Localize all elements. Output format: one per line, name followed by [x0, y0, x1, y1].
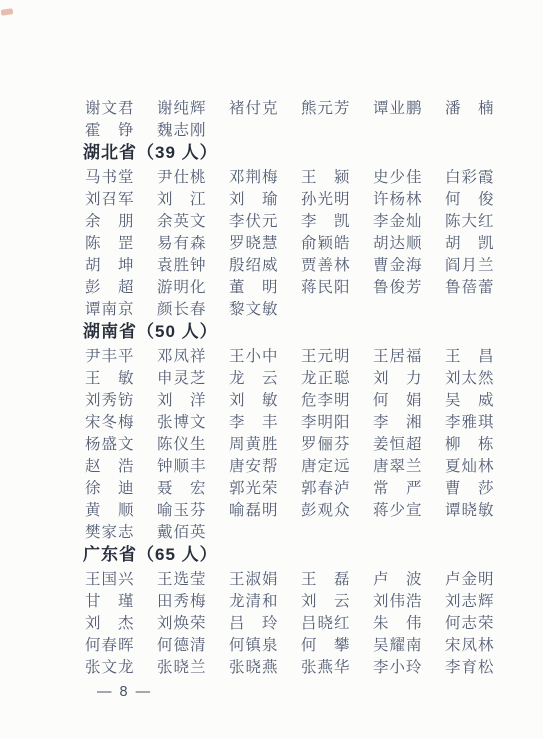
- person-name: 邓荆梅: [229, 165, 279, 187]
- name-row: 王 敏申灵芝龙 云龙正聪刘 力刘太然: [85, 366, 515, 388]
- name-row: 余 朋余英文李伏元李 凯李金灿陈大红: [85, 209, 515, 231]
- person-name: 赵 浩: [85, 454, 135, 476]
- person-name: 李伏元: [229, 209, 279, 231]
- name-row: 赵 浩钟顺丰唐安帮唐定远唐翠兰夏灿林: [85, 454, 515, 476]
- person-name: 王 昌: [445, 344, 495, 366]
- person-name: 吕晓红: [301, 611, 351, 633]
- person-name: 尹仕桃: [157, 165, 207, 187]
- person-name: 宋冬梅: [85, 410, 135, 432]
- person-name: 何 攀: [301, 633, 351, 655]
- person-name: 郭春泸: [301, 476, 351, 498]
- person-name: 喻磊明: [229, 498, 279, 520]
- person-name: 何 俊: [445, 187, 495, 209]
- person-name: 胡 凯: [445, 231, 495, 253]
- person-name: 陈仪生: [157, 432, 207, 454]
- person-name: 龙正聪: [301, 366, 351, 388]
- person-name: 曹金海: [373, 253, 423, 275]
- person-name: 李雅琪: [445, 410, 495, 432]
- person-name: 郭光荣: [229, 476, 279, 498]
- person-name: 王 颍: [301, 165, 351, 187]
- person-name: 黄 顺: [85, 498, 135, 520]
- person-name: 阎月兰: [445, 253, 495, 275]
- name-row: 谢文君谢纯辉褚付克熊元芳谭业鹏潘 楠: [85, 96, 515, 118]
- person-name: 王国兴: [85, 567, 135, 589]
- person-name: 尹丰平: [85, 344, 135, 366]
- name-row: 宋冬梅张博文李 丰李明阳李 湘李雅琪: [85, 410, 515, 432]
- person-name: 潘 楠: [445, 96, 495, 118]
- person-name: 鲁俊芳: [373, 275, 423, 297]
- person-name: 余 朋: [85, 209, 135, 231]
- name-row: 黄 顺喻玉芬喻磊明彭观众蒋少宣谭晓敏: [85, 498, 515, 520]
- person-name: 刘伟浩: [373, 589, 423, 611]
- name-row: 彭 超游明化董 明蒋民阳鲁俊芳鲁蓓蕾: [85, 275, 515, 297]
- person-name: 魏志刚: [157, 118, 207, 140]
- person-name: 刘 瑜: [229, 187, 279, 209]
- person-name: 彭 超: [85, 275, 135, 297]
- section-header: 湖南省（50 人）: [83, 319, 515, 344]
- person-name: 樊家志: [85, 520, 135, 542]
- name-row: 陈 罡易有森罗晓慧俞颖皓胡达顺胡 凯: [85, 231, 515, 253]
- person-name: 杨盛文: [85, 432, 135, 454]
- person-name: 胡达顺: [373, 231, 423, 253]
- person-name: 刘秀钫: [85, 388, 135, 410]
- person-name: 谢纯辉: [157, 96, 207, 118]
- person-name: 谢文君: [85, 96, 135, 118]
- person-name: 宋凤林: [445, 633, 495, 655]
- section-header: 广东省（65 人）: [83, 542, 515, 567]
- name-row: 马书堂尹仕桃邓荆梅王 颍史少佳白彩霞: [85, 165, 515, 187]
- person-name: 谭晓敏: [445, 498, 495, 520]
- person-name: 柳 栋: [445, 432, 495, 454]
- person-name: 聂 宏: [157, 476, 207, 498]
- person-name: 何镇泉: [229, 633, 279, 655]
- person-name: 颜长春: [157, 297, 207, 319]
- person-name: 熊元芳: [301, 96, 351, 118]
- red-scan-mark: [1, 8, 14, 16]
- person-name: 王元明: [301, 344, 351, 366]
- person-name: 刘 江: [157, 187, 207, 209]
- person-name: 常 严: [373, 476, 423, 498]
- name-row: 刘召军刘 江刘 瑜孙光明许杨林何 俊: [85, 187, 515, 209]
- person-name: 钟顺丰: [157, 454, 207, 476]
- person-name: 邓凤祥: [157, 344, 207, 366]
- person-name: 李 湘: [373, 410, 423, 432]
- person-name: 徐 迪: [85, 476, 135, 498]
- person-name: 刘 杰: [85, 611, 135, 633]
- person-name: 刘 云: [301, 589, 351, 611]
- name-row: 樊家志戴佰英: [85, 520, 515, 542]
- person-name: 何德清: [157, 633, 207, 655]
- name-row: 刘 杰刘焕荣吕 玲吕晓红朱 伟何志荣: [85, 611, 515, 633]
- person-name: 王选莹: [157, 567, 207, 589]
- person-name: 刘 敏: [229, 388, 279, 410]
- name-row: 刘秀钫刘 洋刘 敏危李明何 娟吴 威: [85, 388, 515, 410]
- person-name: 游明化: [157, 275, 207, 297]
- name-row: 尹丰平邓凤祥王小中王元明王居福王 昌: [85, 344, 515, 366]
- person-name: 吴 威: [445, 388, 495, 410]
- person-name: 谭业鹏: [373, 96, 423, 118]
- person-name: 李 凯: [301, 209, 351, 231]
- scanned-document-page: 谢文君谢纯辉褚付克熊元芳谭业鹏潘 楠霍 铮魏志刚湖北省（39 人）马书堂尹仕桃邓…: [0, 0, 543, 739]
- person-name: 王小中: [229, 344, 279, 366]
- person-name: 俞颖皓: [301, 231, 351, 253]
- person-name: 谭南京: [85, 297, 135, 319]
- person-name: 鲁蓓蕾: [445, 275, 495, 297]
- person-name: 张文龙: [85, 655, 135, 677]
- person-name: 刘志辉: [445, 589, 495, 611]
- person-name: 何 娟: [373, 388, 423, 410]
- person-name: 龙 云: [229, 366, 279, 388]
- person-name: 白彩霞: [445, 165, 495, 187]
- person-name: 董 明: [229, 275, 279, 297]
- person-name: 朱 伟: [373, 611, 423, 633]
- name-row: 霍 铮魏志刚: [85, 118, 515, 140]
- person-name: 吕 玲: [229, 611, 279, 633]
- person-name: 曹 莎: [445, 476, 495, 498]
- person-name: 唐翠兰: [373, 454, 423, 476]
- person-name: 陈大红: [445, 209, 495, 231]
- person-name: 褚付克: [229, 96, 279, 118]
- person-name: 易有森: [157, 231, 207, 253]
- person-name: 唐安帮: [229, 454, 279, 476]
- person-name: 李育松: [445, 655, 495, 677]
- person-name: 危李明: [301, 388, 351, 410]
- name-row: 杨盛文陈仪生周黄胜罗俪芬姜恒超柳 栋: [85, 432, 515, 454]
- name-row: 谭南京颜长春黎文敏: [85, 297, 515, 319]
- name-row: 何春晖何德清何镇泉何 攀吴耀南宋凤林: [85, 633, 515, 655]
- name-row: 王国兴王选莹王淑娟王 磊卢 波卢金明: [85, 567, 515, 589]
- person-name: 胡 坤: [85, 253, 135, 275]
- person-name: 陈 罡: [85, 231, 135, 253]
- name-row: 甘 瑾田秀梅龙清和刘 云刘伟浩刘志辉: [85, 589, 515, 611]
- person-name: 王 磊: [301, 567, 351, 589]
- person-name: 贾善林: [301, 253, 351, 275]
- person-name: 姜恒超: [373, 432, 423, 454]
- person-name: 余英文: [157, 209, 207, 231]
- person-name: 卢金明: [445, 567, 495, 589]
- person-name: 孙光明: [301, 187, 351, 209]
- person-name: 王居福: [373, 344, 423, 366]
- section-header: 湖北省（39 人）: [83, 140, 515, 165]
- person-name: 蒋少宣: [373, 498, 423, 520]
- person-name: 王 敏: [85, 366, 135, 388]
- person-name: 王淑娟: [229, 567, 279, 589]
- name-row: 张文龙张晓兰张晓燕张燕华李小玲李育松: [85, 655, 515, 677]
- person-name: 申灵芝: [157, 366, 207, 388]
- person-name: 刘 洋: [157, 388, 207, 410]
- person-name: 李小玲: [373, 655, 423, 677]
- person-name: 田秀梅: [157, 589, 207, 611]
- person-name: 周黄胜: [229, 432, 279, 454]
- person-name: 霍 铮: [85, 118, 135, 140]
- person-name: 袁胜钟: [157, 253, 207, 275]
- person-name: 蒋民阳: [301, 275, 351, 297]
- person-name: 许杨林: [373, 187, 423, 209]
- person-name: 何春晖: [85, 633, 135, 655]
- name-list: 谢文君谢纯辉褚付克熊元芳谭业鹏潘 楠霍 铮魏志刚湖北省（39 人）马书堂尹仕桃邓…: [85, 96, 515, 677]
- page-number: — 8 —: [97, 684, 152, 700]
- person-name: 唐定远: [301, 454, 351, 476]
- person-name: 李 丰: [229, 410, 279, 432]
- person-name: 殷绍威: [229, 253, 279, 275]
- person-name: 卢 波: [373, 567, 423, 589]
- person-name: 彭观众: [301, 498, 351, 520]
- person-name: 罗晓慧: [229, 231, 279, 253]
- person-name: 戴佰英: [157, 520, 207, 542]
- person-name: 吴耀南: [373, 633, 423, 655]
- person-name: 李明阳: [301, 410, 351, 432]
- person-name: 张晓兰: [157, 655, 207, 677]
- person-name: 何志荣: [445, 611, 495, 633]
- person-name: 马书堂: [85, 165, 135, 187]
- name-row: 胡 坤袁胜钟殷绍威贾善林曹金海阎月兰: [85, 253, 515, 275]
- person-name: 张晓燕: [229, 655, 279, 677]
- person-name: 黎文敏: [229, 297, 279, 319]
- name-row: 徐 迪聂 宏郭光荣郭春泸常 严曹 莎: [85, 476, 515, 498]
- person-name: 刘太然: [445, 366, 495, 388]
- person-name: 夏灿林: [445, 454, 495, 476]
- person-name: 刘召军: [85, 187, 135, 209]
- person-name: 刘 力: [373, 366, 423, 388]
- person-name: 张博文: [157, 410, 207, 432]
- person-name: 甘 瑾: [85, 589, 135, 611]
- person-name: 刘焕荣: [157, 611, 207, 633]
- person-name: 史少佳: [373, 165, 423, 187]
- person-name: 张燕华: [301, 655, 351, 677]
- person-name: 龙清和: [229, 589, 279, 611]
- person-name: 喻玉芬: [157, 498, 207, 520]
- person-name: 罗俪芬: [301, 432, 351, 454]
- person-name: 李金灿: [373, 209, 423, 231]
